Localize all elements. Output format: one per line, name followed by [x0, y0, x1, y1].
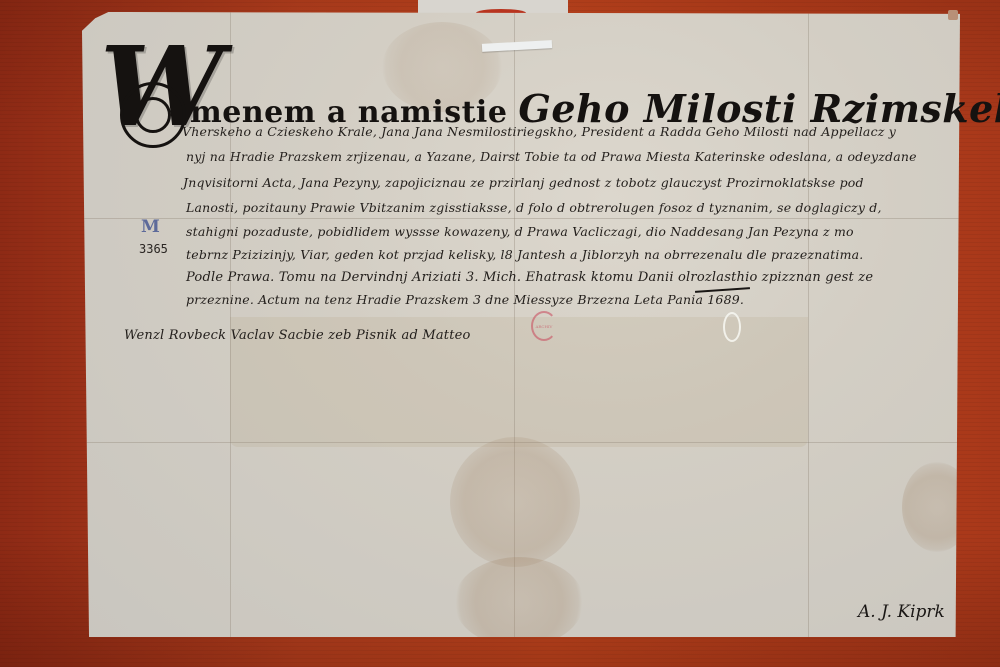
document-line: Lanosti, pozitauny Prawie Vbitzanim zgis…: [186, 200, 882, 215]
archive-stamp: ARCHIV: [531, 311, 557, 341]
seal-stain: [450, 437, 580, 567]
registry-stamp-letter: M: [141, 220, 158, 235]
document-line: Podle Prawa. Tomu na Dervindnj Ariziati …: [186, 270, 873, 285]
document-line: tebrnz Pzizizinjy, Viar, geden kot przja…: [186, 247, 863, 262]
seal-stain: [454, 557, 584, 647]
paper-corner-chip: [948, 10, 958, 20]
document-line: Vherskeho a Czieskeho Krale, Jana Jana N…: [182, 124, 896, 139]
bottom-signature: A. J. Kiprk: [858, 602, 945, 622]
secondary-note: Wenzl Rovbeck Vaclav Sacbie zeb Pisnik a…: [124, 328, 471, 343]
document-line: nyj na Hradie Prazskem zrjizenau, a Yaza…: [186, 149, 917, 164]
white-oval-mark: [723, 312, 741, 342]
registry-number: 3365: [139, 242, 168, 256]
document-line: stahigni pozaduste, pobidlidem wyssse ko…: [186, 224, 854, 239]
horizontal-fold-line: [82, 218, 960, 219]
document-line: Jnqvisitorni Acta, Jana Pezyny, zapojici…: [183, 175, 864, 190]
document-line: przeznine. Actum na tenz Hradie Prazskem…: [186, 292, 744, 307]
